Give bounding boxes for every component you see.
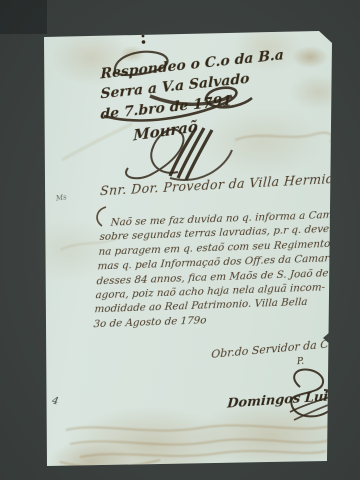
letter-body: Naõ se me faz duvida no q. informa a Cam…: [93, 208, 343, 332]
ink-dot: [142, 35, 145, 38]
pencil-squiggle-left-margin: Ms: [55, 193, 67, 202]
salutation-line: Snr. Dor. Provedor da Villa Hermida: [100, 171, 343, 199]
ink-dot: [142, 40, 146, 44]
fold-stain-streak: [62, 124, 132, 160]
docket-annotation: Respondeo o C.o da B.a Serra a V.a Salva…: [101, 45, 284, 125]
reference-signature: Mouraõ: [133, 117, 198, 144]
pencil-squiggle-bottom-left: 4: [51, 395, 60, 407]
photo-backdrop: Respondeo o C.o da B.a Serra a V.a Salva…: [0, 0, 360, 480]
closing-initial: P.: [297, 357, 305, 367]
closing-line: Obr.do Servidor da Caza: [211, 336, 348, 361]
rubric-paraph-stroke: [186, 130, 212, 180]
ghost-writing-bleedthrough: [235, 133, 332, 142]
manuscript-page: Respondeo o C.o da B.a Serra a V.a Salva…: [0, 0, 360, 480]
rubric-paraph-tail: [170, 150, 232, 180]
ghost-writing-bleedthrough: [60, 425, 330, 467]
